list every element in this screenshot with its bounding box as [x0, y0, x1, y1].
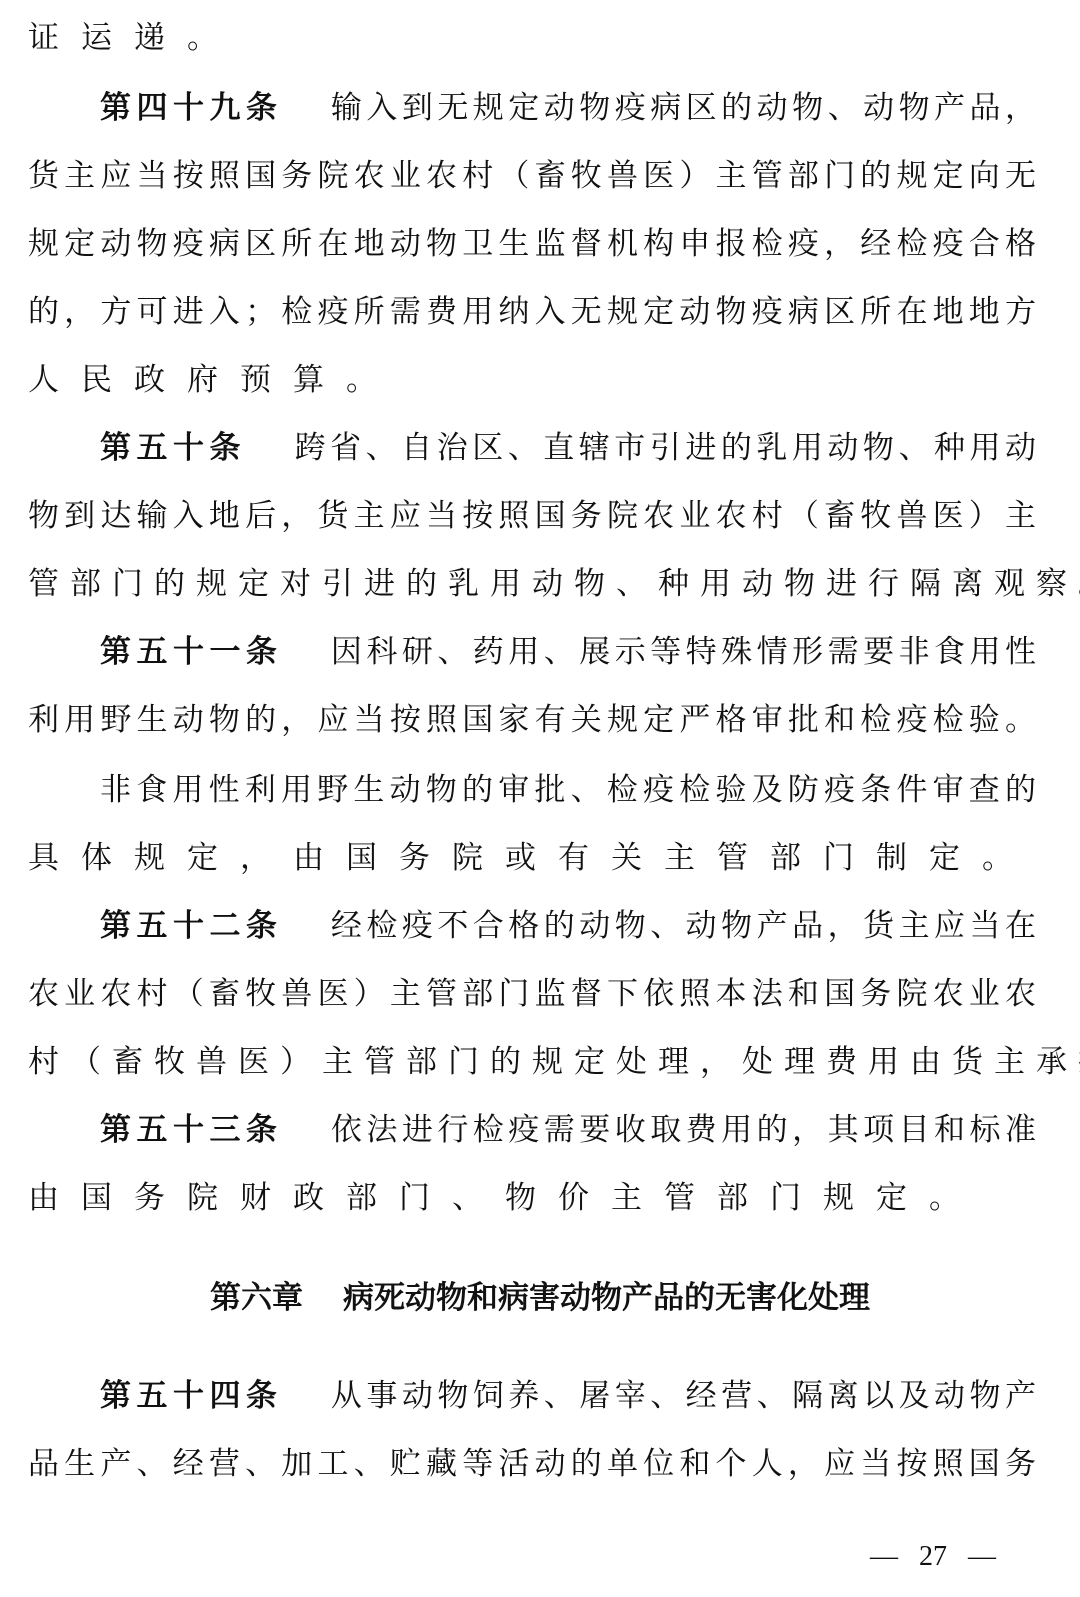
- article-49-line: 第四十九条输入到无规定动物疫病区的动物、动物产品，: [100, 88, 1036, 128]
- article-label: 第五十一条: [100, 634, 282, 670]
- text-line: 货主应当按照国务院农业农村（畜牧兽医）主管部门的规定向无: [28, 156, 1036, 196]
- article-53-line: 第五十三条依法进行检疫需要收取费用的，其项目和标准: [100, 1110, 1036, 1150]
- text-line: 具体规定，由国务院或有关主管部门制定。: [28, 838, 1036, 878]
- chapter-heading: 第六章病死动物和病害动物产品的无害化处理: [0, 1278, 1080, 1318]
- article-text: 经检疫不合格的动物、动物产品，货主应当在: [326, 908, 1036, 944]
- article-54-line: 第五十四条从事动物饲养、屠宰、经营、隔离以及动物产: [100, 1376, 1036, 1416]
- article-label: 第五十二条: [100, 908, 282, 944]
- article-50-line: 第五十条跨省、自治区、直辖市引进的乳用动物、种用动: [100, 428, 1036, 468]
- page-number: — 27 —: [870, 1540, 996, 1574]
- text-line: 村（畜牧兽医）主管部门的规定处理，处理费用由货主承担。: [28, 1042, 1036, 1082]
- dash-right: —: [968, 1541, 996, 1572]
- text-line: 人民政府预算。: [28, 360, 1036, 400]
- text-line: 规定动物疫病区所在地动物卫生监督机构申报检疫，经检疫合格: [28, 224, 1036, 264]
- article-51-line: 第五十一条因科研、药用、展示等特殊情形需要非食用性: [100, 632, 1036, 672]
- text-line: 农业农村（畜牧兽医）主管部门监督下依照本法和国务院农业农: [28, 974, 1036, 1014]
- article-text: 依法进行检疫需要收取费用的，其项目和标准: [326, 1112, 1036, 1148]
- text-line: 由国务院财政部门、物价主管部门规定。: [28, 1178, 1036, 1218]
- chapter-title: 病死动物和病害动物产品的无害化处理: [343, 1280, 870, 1316]
- text-line: 的，方可进入；检疫所需费用纳入无规定动物疫病区所在地地方: [28, 292, 1036, 332]
- article-text: 跨省、自治区、直辖市引进的乳用动物、种用动: [290, 430, 1036, 466]
- article-52-line: 第五十二条经检疫不合格的动物、动物产品，货主应当在: [100, 906, 1036, 946]
- text-line-indented: 非食用性利用野生动物的审批、检疫检验及防疫条件审查的: [100, 770, 1036, 810]
- chapter-label: 第六章: [210, 1280, 303, 1316]
- article-text: 从事动物饲养、屠宰、经营、隔离以及动物产: [326, 1378, 1036, 1414]
- document-page: 证运递。 第四十九条输入到无规定动物疫病区的动物、动物产品， 货主应当按照国务院…: [0, 0, 1080, 1597]
- page-number-value: 27: [919, 1541, 947, 1572]
- text-line: 物到达输入地后，货主应当按照国务院农业农村（畜牧兽医）主: [28, 496, 1036, 536]
- article-text: 输入到无规定动物疫病区的动物、动物产品，: [326, 90, 1036, 126]
- article-label: 第五十条: [100, 430, 246, 466]
- text-line: 利用野生动物的，应当按照国家有关规定严格审批和检疫检验。: [28, 700, 1036, 740]
- text-line: 品生产、经营、加工、贮藏等活动的单位和个人，应当按照国务: [28, 1444, 1036, 1484]
- article-text: 因科研、药用、展示等特殊情形需要非食用性: [326, 634, 1036, 670]
- article-label: 第五十三条: [100, 1112, 282, 1148]
- article-label: 第五十四条: [100, 1378, 282, 1414]
- article-label: 第四十九条: [100, 90, 282, 126]
- text-line: 证运递。: [28, 18, 1036, 58]
- text-line: 管部门的规定对引进的乳用动物、种用动物进行隔离观察。: [28, 564, 1036, 604]
- dash-left: —: [870, 1541, 898, 1572]
